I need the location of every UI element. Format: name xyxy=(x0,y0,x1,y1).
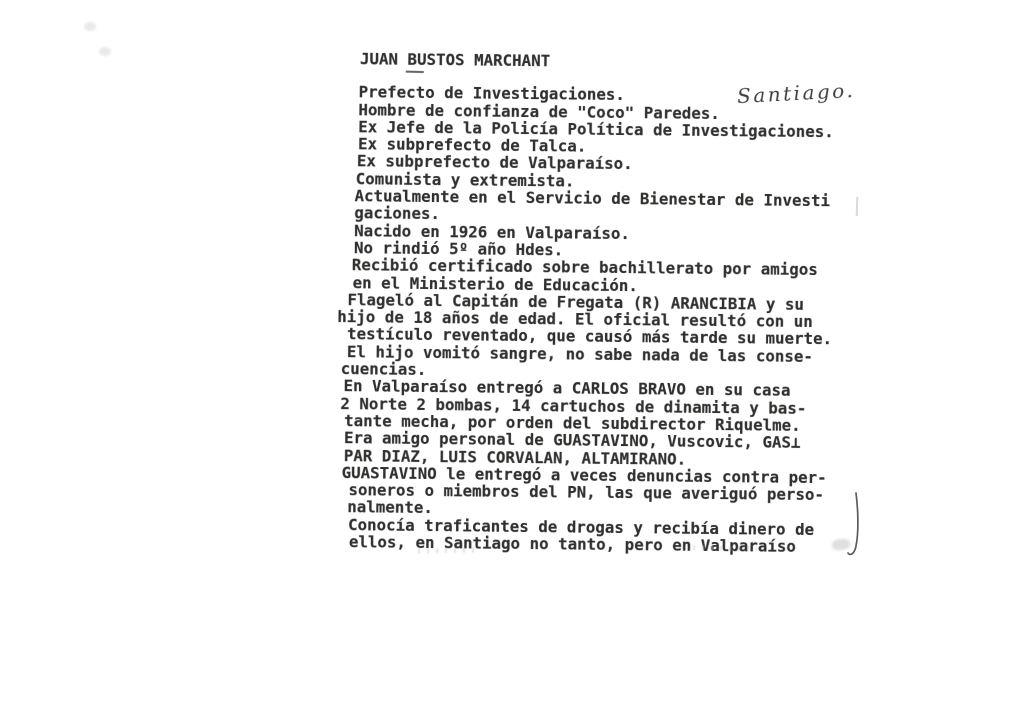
title-underline-mark xyxy=(406,71,424,73)
scan-smudge xyxy=(418,547,478,553)
typewritten-block: JUAN BUSTOS MARCHANT Prefecto de Investi… xyxy=(330,50,915,556)
typewritten-lines: Prefecto de Investigaciones.Hombre de co… xyxy=(330,83,915,556)
scanned-page: JUAN BUSTOS MARCHANT Prefecto de Investi… xyxy=(0,0,1012,717)
document-title: JUAN BUSTOS MARCHANT xyxy=(335,50,915,73)
scan-speck xyxy=(84,22,96,31)
scan-speck xyxy=(99,47,111,56)
pen-mark xyxy=(845,489,865,565)
